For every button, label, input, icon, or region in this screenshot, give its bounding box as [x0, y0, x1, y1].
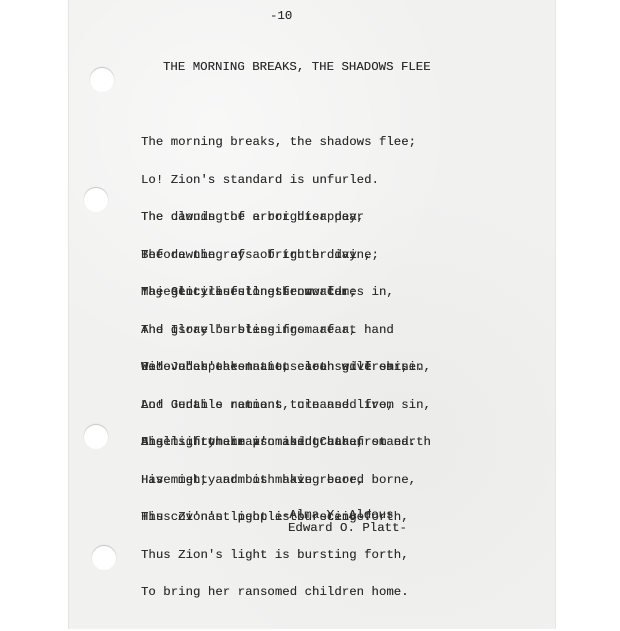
poem-line: And Gentile nations turn and live, — [141, 399, 409, 412]
poem-line: And Israel's blessings are at hand — [141, 324, 431, 337]
punch-hole — [84, 188, 108, 212]
poem-title: THE MORNING BREAKS, THE SHADOWS FLEE — [163, 61, 431, 74]
poem-line: Lo! Zion's standard is unfurled. — [141, 174, 416, 187]
poem-line: Thus Zion's light is bursting forth, — [141, 549, 431, 562]
poem-line: Angels from heav'n and truth from earth — [141, 436, 431, 449]
punch-hole — [92, 546, 116, 570]
punch-hole — [90, 68, 114, 92]
author-signature: -Alma Y. Aldous — [282, 509, 394, 522]
poem-line: The clouds the error disappear — [141, 211, 424, 224]
poem-line: To bring her ransomed children home. — [141, 586, 431, 599]
punch-hole — [84, 425, 108, 449]
poem-line: Before the rays of truth divine; — [141, 249, 424, 262]
poem-line: The Gentile fullness now comes in, — [141, 286, 431, 299]
poem-line: Have met, and both have record borne, — [141, 474, 431, 487]
page-number: -10 — [270, 10, 292, 23]
composer-signature: Edward O. Platt- — [288, 522, 407, 535]
poem-line: The morning breaks, the shadows flee; — [141, 136, 416, 149]
poem-line: Jehovah speaks! Let earth give ear, — [141, 361, 409, 374]
